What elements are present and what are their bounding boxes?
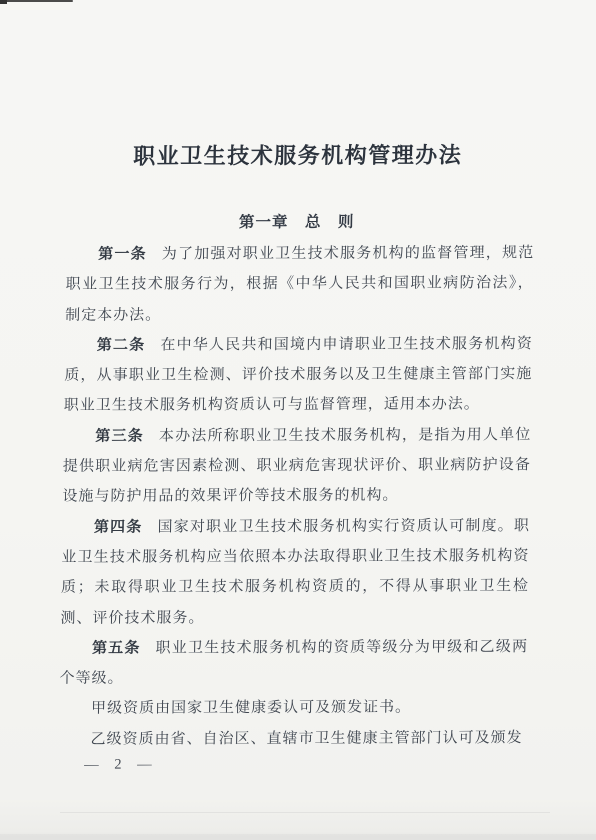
scanned-document-page: 职业卫生技术服务机构管理办法 第一章 总 则 第一条为了加强对职业卫生技术服务机…	[0, 0, 596, 840]
document-body: 第一条为了加强对职业卫生技术服务机构的监督管理，规范职业卫生技术服务行为，根据《…	[58, 238, 534, 755]
chapter-heading: 第一章 总 则	[0, 209, 595, 233]
scan-artifact-faint-line	[60, 812, 550, 813]
scan-edge-bottom	[0, 834, 596, 840]
article-5-sub2-text: 乙级资质由省、自治区、直辖市卫生健康主管部门认可及颁发	[90, 730, 522, 748]
article-5-subparagraph-2: 乙级资质由省、自治区、直辖市卫生健康主管部门认可及颁发	[58, 723, 527, 755]
article-5-subparagraph-1: 甲级资质由国家卫生健康委认可及颁发证书。	[59, 693, 528, 725]
article-3-paragraph: 第三条本办法所称职业卫生技术服务机构，是指为用人单位提供职业病危害因素检测、职业…	[62, 420, 531, 513]
document-title: 职业卫生技术服务机构管理办法	[0, 138, 596, 171]
article-5-paragraph: 第五条职业卫生技术服务机构的资质等级分为甲级和乙级两个等级。	[59, 632, 528, 694]
article-1-term: 第一条	[98, 247, 147, 263]
document-content: 职业卫生技术服务机构管理办法 第一章 总 则 第一条为了加强对职业卫生技术服务机…	[0, 0, 596, 840]
page-number: — 2 —	[84, 756, 158, 773]
article-2-term: 第二条	[97, 337, 146, 353]
article-2-paragraph: 第二条在中华人民共和国境内申请职业卫生技术服务机构资质，从事职业卫生检测、评价技…	[64, 329, 533, 422]
article-4-term: 第四条	[94, 519, 143, 535]
article-3-term: 第三条	[95, 428, 144, 444]
article-5-sub1-text: 甲级资质由国家卫生健康委认可及颁发证书。	[91, 700, 411, 717]
article-4-paragraph: 第四条国家对职业卫生技术服务机构实行资质认可制度。职业卫生技术服务机构应当依照本…	[60, 511, 530, 634]
article-5-term: 第五条	[92, 640, 141, 656]
article-1-paragraph: 第一条为了加强对职业卫生技术服务机构的监督管理，规范职业卫生技术服务行为，根据《…	[65, 238, 534, 331]
